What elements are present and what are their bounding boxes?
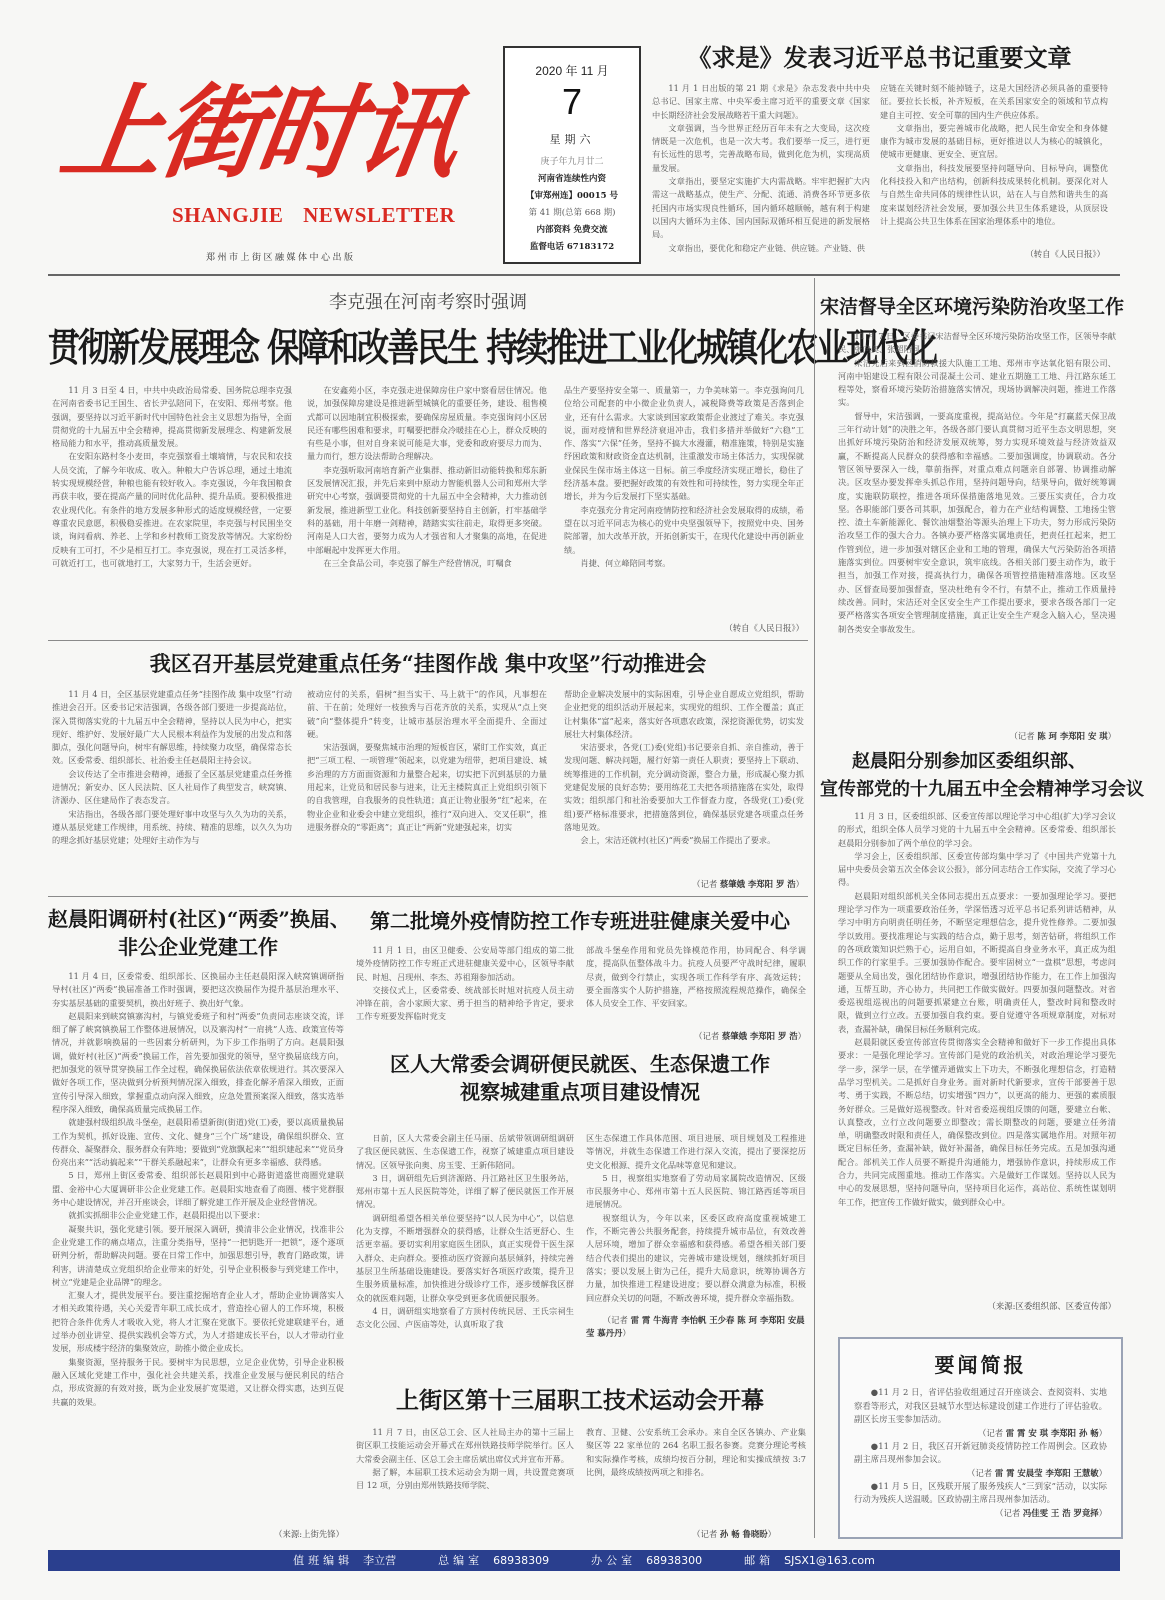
party-meeting-column-3: 帮助企业解决发展中的实际困难，引导企业自愿成立党组织，帮助企业把党的组织活动开展…	[564, 688, 804, 876]
date-info-box: 2020 年 11 月 7 星期六 庚子年九月廿二 河南省连续性内资 【审郑州连…	[503, 46, 641, 264]
brief-item: ●11 月 5 日，区残联开展了服务残疾人“三到家”活动，以实际行动为残疾人送温…	[854, 1480, 1107, 1507]
news-briefs-title: 要闻简报	[840, 1349, 1121, 1378]
npc-column-2: 区生态保遗工作具体范围、项目进展、项目规划及工程推进等情况，并就生态保遗工作进行…	[586, 1132, 806, 1310]
zhao-study-body: 11 月 3 日，区委组织部、区委宣传部以理论学习中心组(扩大)学习会议的形式，…	[838, 810, 1116, 1296]
epidemic-headline: 第二批境外疫情防控工作专班进驻健康关爱中心	[352, 905, 808, 934]
lead-column-2: 在安鑫苑小区，李克强走进保障房住户家中察看居住情况。他说，加强保障房建设是推进新…	[307, 384, 547, 642]
footer-contact-bar: 值班编辑李立营 总编室68938309 办公室68938300 邮箱SJSX1@…	[48, 1550, 1120, 1571]
office: 办公室68938300	[591, 1550, 702, 1571]
party-meeting-byline: （记者 蔡肇娥 李郑阳 罗 浩）	[564, 878, 804, 891]
party-meeting-column-1: 11 月 4 日，全区基层党建重点任务“挂图作战 集中攻坚”行动推进会召开。区委…	[52, 688, 292, 894]
distribution-note: 内部资料 免费交流	[505, 223, 639, 235]
permit-line-1: 河南省连续性内资	[505, 172, 639, 184]
supervision-phone: 监督电话 67183172	[505, 240, 639, 252]
lead-kicker: 李克强在河南考察时强调	[48, 288, 808, 314]
npc-column-1: 日前，区人大常委会副主任马丽、岳斌带领调研组调研了我区便民就医、生态保遗工作，视…	[356, 1132, 574, 1348]
divider	[48, 640, 808, 641]
qiushi-column-1: 11 月 1 日出版的第 21 期《求是》杂志发表中共中央总书记、国家主席、中央…	[652, 82, 870, 262]
permit-line-2: 【审郑州连】00015 号	[505, 189, 639, 201]
party-meeting-headline: 我区召开基层党建重点任务“挂图作战 集中攻坚”行动推进会	[48, 648, 808, 678]
zhao-study-headline: 赵晨阳分别参加区委组织部、 宣传部党的十九届五中全会精神学习会议	[820, 748, 1118, 804]
zhao-village-byline: （来源:上街先锋）	[200, 1528, 344, 1541]
date-year-month: 2020 年 11 月	[505, 62, 639, 79]
brief-item-byline: （记者 冯佳雯 王 浩 罗竟择）	[854, 1507, 1107, 1520]
editor-office: 总编室68938309	[438, 1550, 549, 1571]
npc-headline: 区人大常委会调研便民就医、生态保遗工作 视察城建重点项目建设情况	[352, 1050, 808, 1106]
env-body: 11 月 7 日，区委书记宋洁督导全区环境污染防治攻坚工作，区领导李献民、张向奥…	[838, 330, 1116, 728]
publisher-line: 郑州市上街区融媒体中心出版	[206, 250, 356, 263]
zhao-village-body: 11 月 4 日，区委常委、组织部长、区换届办主任赵晨阳深入峡窝镇调研指导村(社…	[52, 970, 344, 1528]
brief-item: ●11 月 2 日，我区召开新冠肺炎疫情防控工作周例会。区政协副主席吕现州参加会…	[854, 1440, 1107, 1467]
brief-item-byline: （记者 雷 霄 安 琪 李郑阳 孙 畅）	[854, 1427, 1107, 1440]
date-day: 7	[505, 83, 639, 121]
qiushi-headline: 《求是》发表习近平总书记重要文章	[652, 38, 1107, 73]
masthead-divider	[48, 274, 1120, 276]
brief-item: ●11 月 2 日，省评估验收组通过召开座谈会、查阅资料、实地察看等形式，对我区…	[854, 1386, 1107, 1427]
epidemic-byline: （记者 蔡肇娥 李郑阳 罗 浩）	[586, 1030, 806, 1043]
email-link[interactable]: SJSX1@163.com	[784, 1554, 875, 1567]
lead-column-3: 品生产要坚持安全第一、质量第一，力争美味第一。李克强询问几位给公司配套的中小微企…	[564, 384, 804, 622]
masthead-logo-english: SHANGJIE NEWSLETTER	[172, 203, 455, 228]
sports-headline: 上街区第十三届职工技术运动会开幕	[352, 1382, 808, 1415]
news-briefs-list: ●11 月 2 日，省评估验收组通过召开座谈会、查阅资料、实地察看等形式，对我区…	[854, 1386, 1107, 1520]
masthead-logo: 上街时讯	[53, 68, 511, 198]
zhao-study-byline: （来源:区委组织部、区委宣传部）	[838, 1300, 1116, 1313]
lead-byline: （转自《人民日报》）	[564, 622, 804, 635]
lead-headline: 贯彻新发展理念 保障和改善民生 持续推进工业化城镇化农业现代化	[48, 318, 808, 373]
issue-number: 第 41 期(总第 668 期)	[505, 206, 639, 218]
sports-column-2: 教育、卫健、公安系统工会承办。来自全区各镇办、产业集聚区等 22 家单位的 26…	[586, 1426, 806, 1506]
column-divider	[814, 278, 815, 1538]
env-headline: 宋洁督导全区环境污染防治攻坚工作	[820, 292, 1118, 319]
zhao-village-headline: 赵晨阳调研村(社区)“两委”换届、 非公企业党建工作	[48, 905, 348, 961]
divider	[48, 896, 808, 897]
npc-byline: （记者 雷 霄 牛海青 李怡帆 王少春 陈 珂 李郑阳 安晨莹 慕丹丹）	[586, 1314, 806, 1340]
brief-item-byline: （记者 雷 霄 安晨莹 李郑阳 王慧敏）	[854, 1467, 1107, 1480]
epidemic-column-1: 11 月 1 日，由区卫健委、公安局等部门组成的第二批境外疫情防控工作专班正式进…	[356, 944, 574, 1026]
sports-column-1: 11 月 7 日，由区总工会、区人社局主办的第十三届上街区职工技能运动会开幕式在…	[356, 1426, 574, 1538]
duty-editor: 值班编辑李立营	[293, 1550, 396, 1571]
env-byline: （记者 陈 珂 李郑阳 安 琪）	[838, 730, 1116, 743]
qiushi-column-2: 应链在关键时刻不能掉链子，这是大国经济必须具备的重要特征。要拉长长板，补齐短板，…	[880, 82, 1108, 247]
lead-column-1: 11 月 3 日至 4 日，中共中央政治局常委、国务院总理李克强在河南省委书记王…	[52, 384, 292, 642]
date-weekday: 星期六	[505, 131, 639, 147]
lunar-date: 庚子年九月廿二	[505, 154, 639, 167]
qiushi-byline: （转自《人民日报》）	[880, 248, 1105, 261]
party-meeting-column-2: 被动应付的关系，倡树“担当实干、马上就干”的作风，凡事想在前、干在前；处理好一枝…	[307, 688, 547, 894]
news-briefs-box: 要闻简报 ●11 月 2 日，省评估验收组通过召开座谈会、查阅资料、实地察看等形…	[838, 1337, 1123, 1539]
epidemic-column-2: 部战斗堡垒作用和党员先锋模范作用，协同配合、科学调度，提高队伍整体战斗力。抗疫人…	[586, 944, 806, 1014]
email: 邮箱SJSX1@163.com	[744, 1550, 875, 1571]
sports-byline: （记者 孙 畅 鲁晓盼）	[586, 1528, 776, 1541]
